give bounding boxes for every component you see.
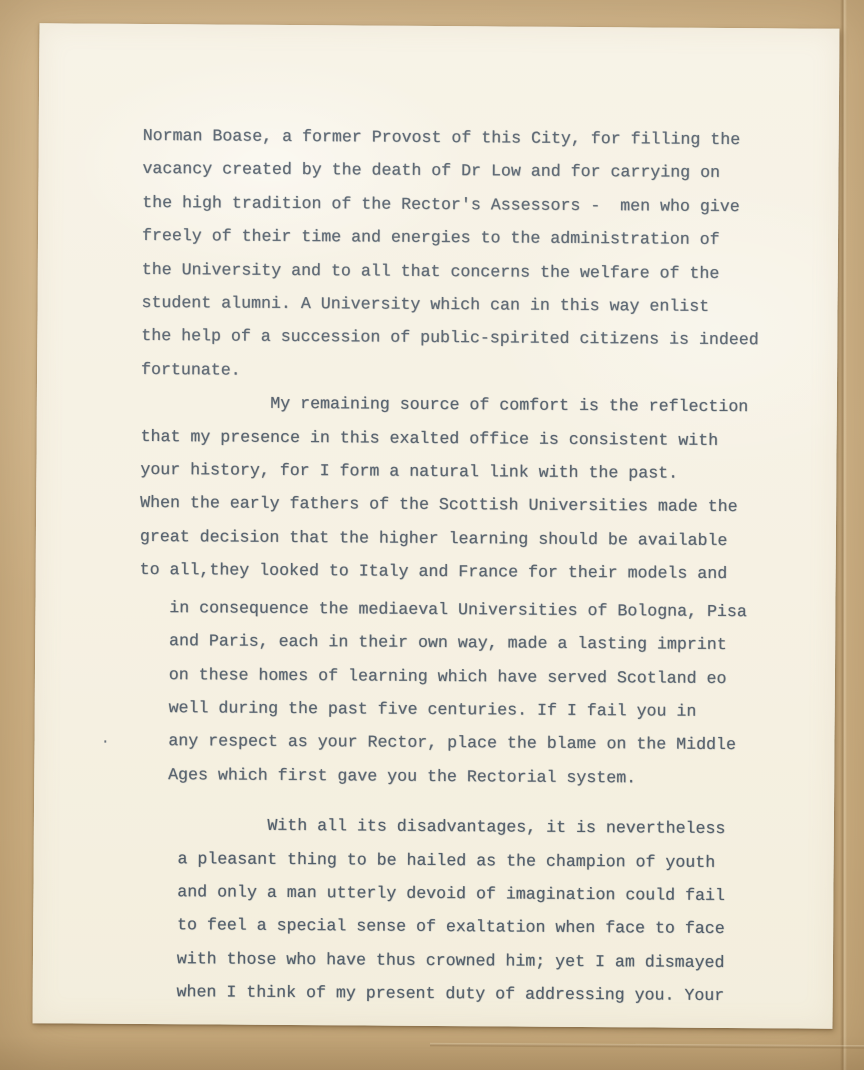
text-line: the University and to all that concerns … <box>142 253 760 291</box>
text-line: to all,they looked to Italy and France f… <box>140 553 758 591</box>
backing-fold-crease <box>840 0 847 1070</box>
text-line: with those who have thus crowned him; ye… <box>137 942 755 980</box>
text-line: When the early fathers of the Scottish U… <box>140 486 758 524</box>
text-line: the high tradition of the Rector's Asses… <box>142 186 760 224</box>
text-line: student alumni. A University which can i… <box>141 286 759 324</box>
paragraph: With all its disadvantages, it is nevert… <box>137 808 756 1013</box>
text-line: and Paris, each in their own way, made a… <box>139 624 757 662</box>
text-line: great decision that the higher learning … <box>140 520 758 558</box>
text-line: With all its disadvantages, it is nevert… <box>138 808 756 846</box>
text-line: Norman Boase, a former Provost of this C… <box>143 119 761 157</box>
backing-bottom-shade <box>0 1036 864 1070</box>
text-line: vacancy created by the death of Dr Low a… <box>142 152 760 190</box>
text-line: the help of a succession of public-spiri… <box>141 319 759 357</box>
text-line: in consequence the mediaeval Universitie… <box>139 591 757 629</box>
text-line: fortunate. <box>141 353 759 391</box>
text-line: well during the past five centuries. If … <box>139 691 757 729</box>
paragraph: Norman Boase, a former Provost of this C… <box>141 119 760 391</box>
stray-ink-dot: . <box>100 734 110 744</box>
text-line: and only a man utterly devoid of imagina… <box>137 875 755 913</box>
text-line: a pleasant thing to be hailed as the cha… <box>138 841 756 879</box>
text-line: on these homes of learning which have se… <box>139 657 757 695</box>
typewritten-text: Norman Boase, a former Provost of this C… <box>137 119 761 1013</box>
text-line: freely of their time and energies to the… <box>142 219 760 257</box>
paragraph: My remaining source of comfort is the re… <box>138 386 758 795</box>
scan-background: Norman Boase, a former Provost of this C… <box>0 0 864 1070</box>
text-line: to feel a special sense of exaltation wh… <box>137 908 755 946</box>
text-line: your history, for I form a natural link … <box>140 453 758 491</box>
text-line: that my presence in this exalted office … <box>141 420 759 458</box>
text-line: Ages which first gave you the Rectorial … <box>138 758 756 796</box>
text-line: My remaining source of comfort is the re… <box>141 386 759 424</box>
text-line: any respect as your Rector, place the bl… <box>138 724 756 762</box>
typewritten-page: Norman Boase, a former Provost of this C… <box>33 23 840 1029</box>
text-line: when I think of my present duty of addre… <box>137 975 755 1013</box>
